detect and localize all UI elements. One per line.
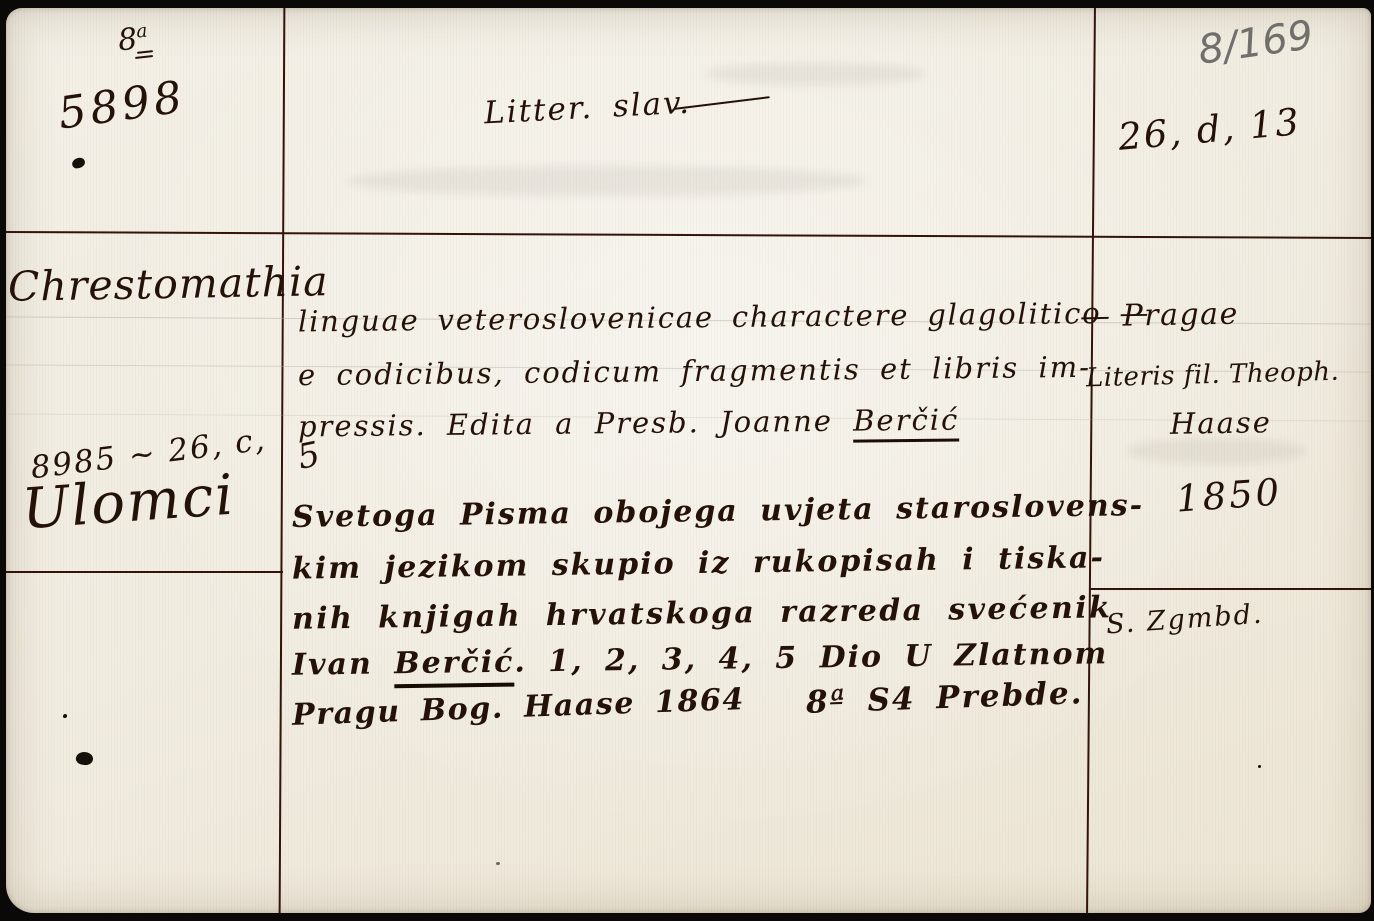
bleedthrough-smudge <box>346 166 866 196</box>
latin-title-line-2: e codicibus, codicum fragmentis et libri… <box>298 350 1091 392</box>
imprint-printer-line-1: Literis fil. Theoph. <box>1086 357 1340 394</box>
imprint-year: 1850 <box>1175 470 1284 520</box>
ink-speck <box>496 862 500 865</box>
bleedthrough-smudge <box>706 63 926 85</box>
croatian-note-line-1: Svetoga Pisma obojega uvjeta starosloven… <box>292 488 1144 535</box>
format-mark-superscript: a <box>135 21 148 43</box>
author-name-underlined: Berčić <box>394 645 515 689</box>
vertical-rule-right-column <box>1086 8 1096 913</box>
croatian-note-line-5-format: 8ª S4 Prebde. <box>805 675 1084 721</box>
second-title-keyword: Ulomci <box>20 463 237 543</box>
croatian-note-line-4: Ivan Berčić. 1, 2, 3, 4, 5 Dio U Zlatnom <box>292 636 1109 682</box>
horizontal-rule-header <box>6 231 1371 239</box>
latin-title-line-3-text: pressis. Edita a Presb. Joanne <box>298 404 853 444</box>
croatian-line-4-suffix: . 1, 2, 3, 4, 5 Dio U Zlatnom <box>514 636 1108 679</box>
croatian-note-line-3: nih knjigah hrvatskoga razreda svećenik <box>292 590 1113 636</box>
croatian-note-line-2: kim jezikom skupio iz rukopisah i tiska- <box>292 540 1105 586</box>
catalog-card-paper: 8a 5898 Litter. slav. 8/169 26, d, 13 Ch… <box>6 8 1371 913</box>
vertical-rule-left-column <box>279 8 286 913</box>
title-keyword: Chrestomathia <box>8 257 329 311</box>
horizontal-rule-right-cell <box>1090 588 1371 590</box>
croatian-line-4-prefix: Ivan <box>292 646 395 682</box>
location-number: 26, d, 13 <box>1116 100 1302 159</box>
format-mark-underline <box>135 55 153 58</box>
imprint-place: — Pragae <box>1080 297 1239 335</box>
format-mark: 8a <box>116 21 150 59</box>
shelf-number: 5898 <box>55 71 189 139</box>
scanned-catalog-card: 8a 5898 Litter. slav. 8/169 26, d, 13 Ch… <box>0 0 1374 921</box>
ink-speck <box>63 714 67 718</box>
author-name-underlined: Berčić <box>853 403 960 443</box>
bleedthrough-smudge <box>1126 438 1306 464</box>
cataloguer-annotation: S. Zgmbd. <box>1105 599 1264 641</box>
latin-title-line-1: linguae veteroslovenicae charactere glag… <box>298 296 1151 339</box>
horizontal-rule-left-cell <box>6 571 283 573</box>
imprint-printer-line-2: Haase <box>1170 405 1272 441</box>
ink-blot <box>75 751 94 767</box>
subject-heading: Litter. slav. <box>483 85 691 132</box>
pencil-number: 8/169 <box>1195 12 1316 74</box>
latin-title-line-3: pressis. Edita a Presb. Joanne Berčić <box>298 403 960 444</box>
ink-speck <box>1258 765 1261 768</box>
ink-blot <box>71 156 86 169</box>
croatian-note-line-5-imprint: Pragu Bog. Haase 1864 <box>292 682 746 733</box>
